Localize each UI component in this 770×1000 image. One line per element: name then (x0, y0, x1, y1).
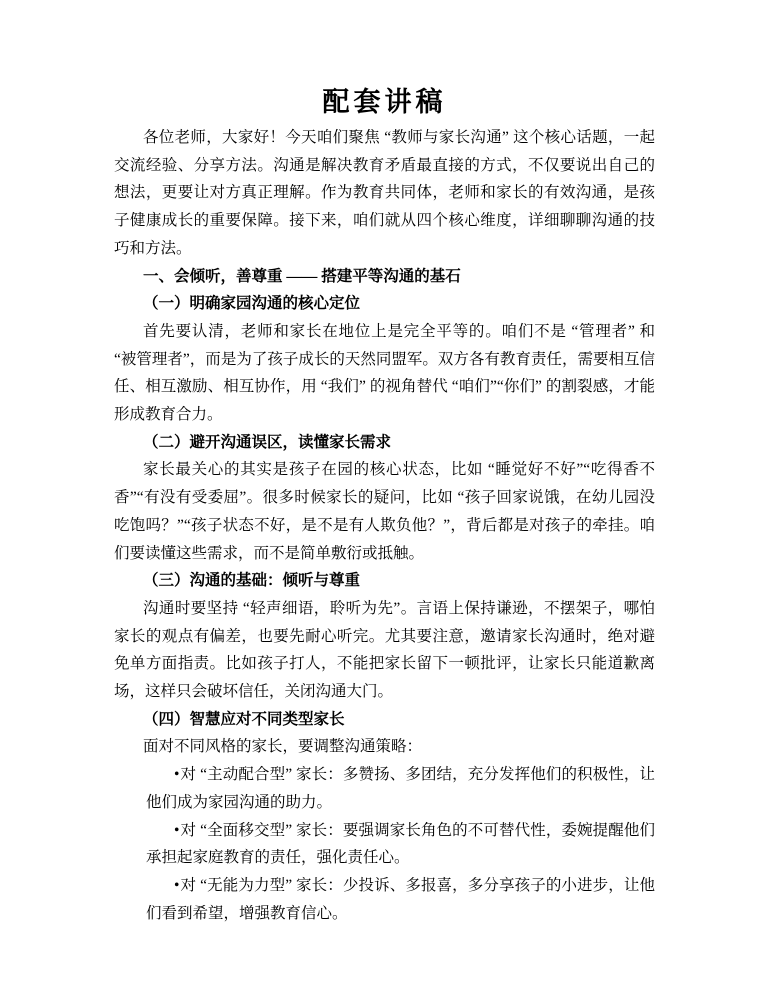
bullet-text: 对 “全面移交型” 家长：要强调家长角色的不可替代性，委婉提醒他们承担起家庭教育… (146, 822, 655, 867)
paragraph: 沟通时要坚持 “轻声细语，聆听为先”。言语上保持谦逊，不摆架子，哪怕家长的观点有… (114, 595, 655, 706)
document-blocks: 各位老师，大家好！今天咱们聚焦 “教师与家长沟通” 这个核心话题，一起交流经验、… (114, 124, 655, 927)
paragraph: 各位老师，大家好！今天咱们聚焦 “教师与家长沟通” 这个核心话题，一起交流经验、… (114, 124, 655, 263)
sub-heading: （四）智慧应对不同类型家长 (114, 706, 655, 734)
document-page: 配套讲稿 各位老师，大家好！今天咱们聚焦 “教师与家长沟通” 这个核心话题，一起… (0, 0, 770, 1000)
document-body: 配套讲稿 各位老师，大家好！今天咱们聚焦 “教师与家长沟通” 这个核心话题，一起… (114, 84, 655, 927)
paragraph: 面对不同风格的家长，要调整沟通策略： (114, 733, 655, 761)
paragraph: 首先要认清，老师和家长在地位上是完全平等的。咱们不是 “管理者” 和 “被管理者… (114, 318, 655, 429)
section-heading: 一、会倾听，善尊重 —— 搭建平等沟通的基石 (114, 263, 655, 291)
bullet-item: •对 “全面移交型” 家长：要强调家长角色的不可替代性，委婉提醒他们承担起家庭教… (146, 817, 655, 872)
sub-heading: （二）避开沟通误区，读懂家长需求 (114, 429, 655, 457)
bullet-item: •对 “主动配合型” 家长：多赞扬、多团结，充分发挥他们的积极性，让他们成为家园… (146, 761, 655, 816)
paragraph: 家长最关心的其实是孩子在园的核心状态，比如 “睡觉好不好”“吃得香不香”“有没有… (114, 456, 655, 567)
bullet-text: 对 “主动配合型” 家长：多赞扬、多团结，充分发挥他们的积极性，让他们成为家园沟… (146, 766, 655, 811)
sub-heading: （一）明确家园沟通的核心定位 (114, 290, 655, 318)
bullet-text: 对 “无能为力型” 家长：少投诉、多报喜，多分享孩子的小进步，让他们看到希望，增… (146, 877, 655, 922)
document-title: 配套讲稿 (114, 84, 655, 121)
bullet-item: •对 “无能为力型” 家长：少投诉、多报喜，多分享孩子的小进步，让他们看到希望，… (146, 872, 655, 927)
sub-heading: （三）沟通的基础：倾听与尊重 (114, 567, 655, 595)
